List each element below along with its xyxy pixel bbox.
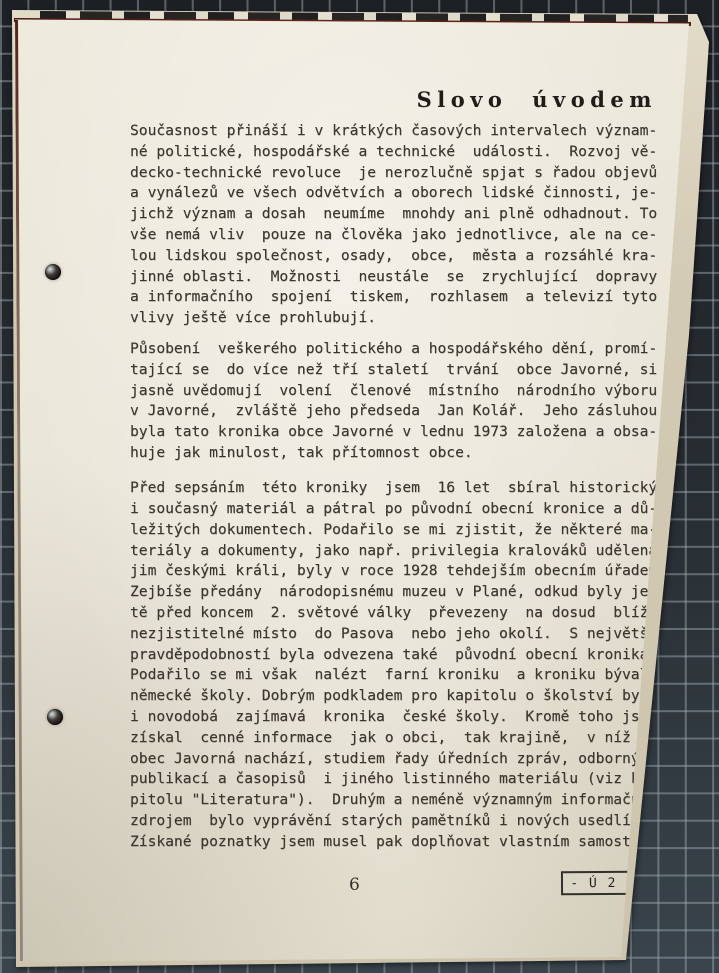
paragraph: Současnost přináší i v krátkých časových… (130, 121, 675, 329)
text-line: tající se do více než tří staletí trvání… (130, 360, 675, 381)
text-line: a vynálezů ve všech odvětvích a oborech … (130, 183, 675, 204)
text-line: Podařilo se mi však nalézt farní kroniku… (130, 665, 675, 686)
photo-background: Slovo úvodem Současnost přináší i v krát… (0, 0, 719, 973)
paragraph: Před sepsáním této kroniky jsem 16 let s… (130, 478, 675, 852)
text-line: lou lidskou společnost, osady, obce, měs… (130, 246, 675, 267)
text-line: německé školy. Dobrým podkladem pro kapi… (130, 686, 675, 707)
text-line: teriály a dokumenty, jako např. privileg… (130, 541, 675, 562)
page-title: Slovo úvodem (417, 87, 657, 112)
text-line: jichž význam a dosah neumíme mnohdy ani … (130, 204, 675, 225)
text-line: Před sepsáním této kroniky jsem 16 let s… (130, 478, 675, 499)
text-line: tě před koncem 2. světové války převezen… (130, 603, 675, 624)
punch-hole-top (45, 264, 61, 280)
text-line: vlivy ještě více prohlubují. (130, 308, 675, 329)
punch-hole-bottom (47, 709, 63, 725)
paper-sheet: Slovo úvodem Současnost přináší i v krát… (0, 0, 719, 973)
text-line: vše nemá vliv pouze na člověka jako jedn… (130, 225, 675, 246)
text-line: publikací a časopisů i jiného listinného… (130, 769, 675, 790)
text-line: Současnost přináší i v krátkých časových… (130, 121, 675, 142)
text-line: jasně uvědomují volení členové místního … (130, 381, 675, 402)
text-line: Získané poznatky jsem musel pak doplňova… (130, 832, 675, 853)
text-line: pitolu "Literatura"). Druhým a neméně vý… (130, 790, 675, 811)
text-line: Působení veškerého politického a hospodá… (130, 339, 675, 360)
text-line: Zejbíše předány národopisnému muzeu v Pl… (130, 582, 675, 603)
page-number: 6 (349, 875, 360, 895)
document-page: Slovo úvodem Současnost přináší i v krát… (0, 0, 719, 973)
text-line: ležitých dokumentech. Podařilo se mi zji… (130, 520, 675, 541)
text-line: huje jak minulost, tak přítomnost obce. (130, 443, 675, 464)
text-line: a informačního spojení tiskem, rozhlasem… (130, 287, 675, 308)
text-line: i novodobá zajímavá kronika české školy.… (130, 707, 675, 728)
text-line: i současný materiál a pátral po původní … (130, 499, 675, 520)
text-line: né politické, hospodářské a technické ud… (130, 142, 675, 163)
text-line: jim českými králi, byly v roce 1928 tehd… (130, 561, 675, 582)
stamp-text: - Ú 2 - (570, 875, 635, 890)
text-line: pravděpodobností byla odvezena také půvo… (130, 645, 675, 666)
text-line: nezjistitelné místo do Pasova nebo jeho … (130, 624, 675, 645)
text-block: Současnost přináší i v krátkých časových… (130, 121, 675, 853)
text-line: byla tato kronika obce Javorné v lednu 1… (130, 422, 675, 443)
paragraph: Působení veškerého politického a hospodá… (130, 339, 675, 464)
text-line: v Javorné, zvláště jeho předseda Jan Kol… (130, 401, 675, 422)
text-line: decko-technické revoluce je nerozlučně s… (130, 163, 675, 184)
text-line: zdrojem bylo vyprávění starých pamětníků… (130, 811, 675, 832)
text-line: získal cenné informace jak o obci, tak k… (130, 728, 675, 749)
text-line: obec Javorná nachází, studiem řady úředn… (130, 749, 675, 770)
text-line: jinné oblasti. Možnosti neustále se zryc… (130, 267, 675, 288)
